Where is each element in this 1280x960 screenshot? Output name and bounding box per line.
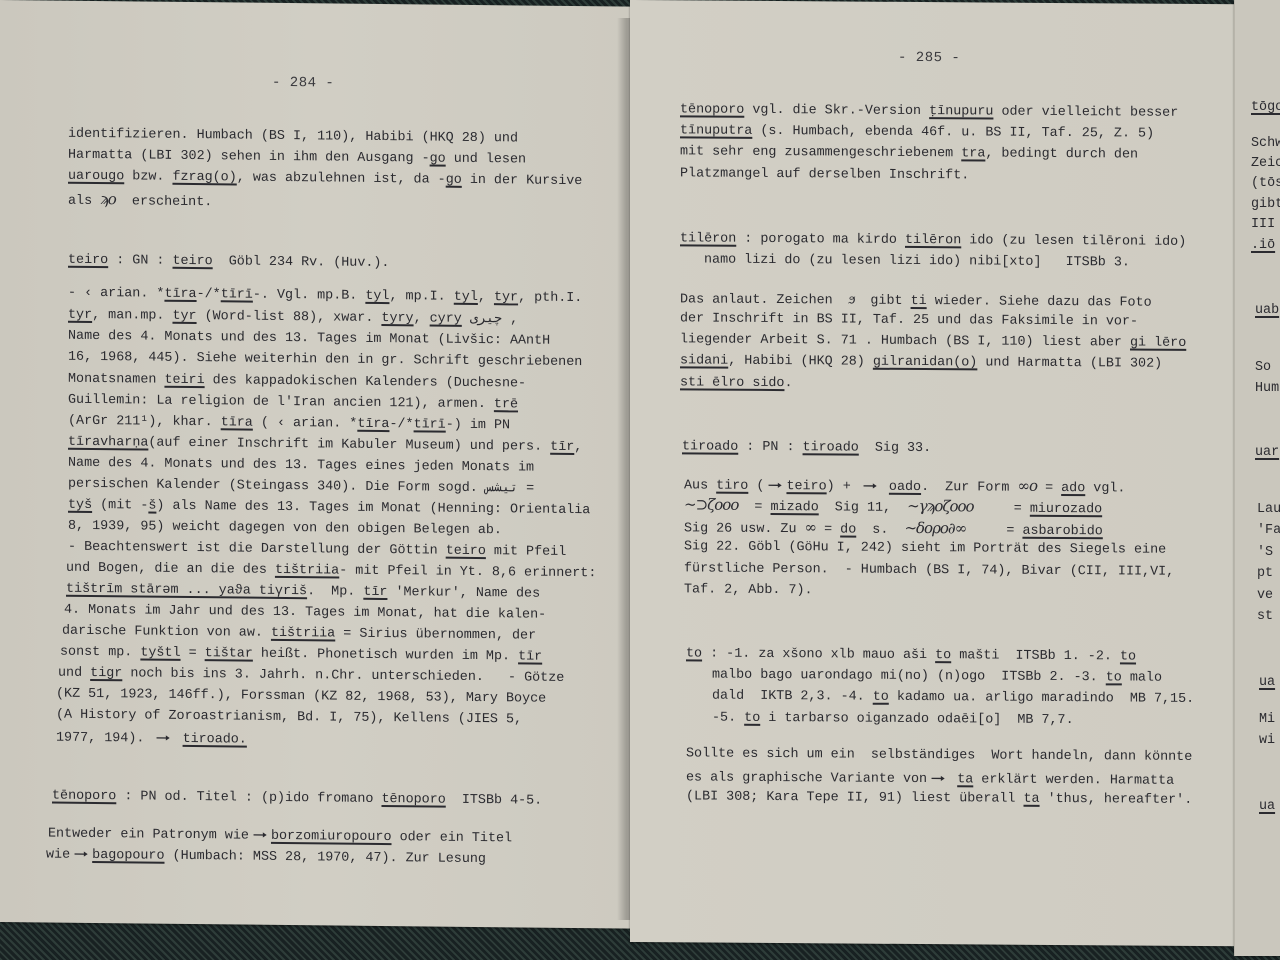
arrow-icon: ➞	[74, 844, 89, 864]
text-line: sti ēlro sido.	[680, 373, 793, 394]
edge-fragment: st	[1257, 607, 1273, 627]
entry-header: tēnoporo : PN od. Titel : (p)ido fromano…	[52, 787, 542, 812]
text-line: uarougo bzw. fzrag(o), was abzulehnen is…	[68, 167, 582, 192]
text-fragment: (Humbach: MSS 28, 1970, 47). Zur Lesung	[173, 849, 486, 867]
text-line: als ϡо erscheint.	[68, 189, 212, 214]
edge-fragment: pt	[1257, 564, 1273, 584]
text-line: Taf. 2, Abb. 7).	[684, 580, 813, 601]
headword: teiro	[68, 253, 108, 268]
script-glyph: ϧ	[849, 290, 855, 308]
arrow-icon: ➞	[768, 475, 783, 495]
text-line: dald IKTB 2,3. -4. to kadamo ua. arligo …	[712, 687, 1194, 710]
text-line: wie➞bagopouro (Humbach: MSS 28, 1970, 47…	[46, 843, 486, 870]
text-fragment: Das anlaut. Zeichen	[680, 292, 833, 308]
right-page: - 285 - tēnoporo vgl. die Skr.-Version ṭ…	[630, 0, 1242, 946]
form: teiro	[172, 254, 212, 269]
text-line: fürstliche Person. - Humbach (BS I, 74),…	[684, 559, 1174, 582]
edge-fragment: gibt	[1251, 195, 1280, 215]
text-line: (LBI 308; Kara Tepe II, 91) liest überal…	[686, 787, 1192, 811]
edge-fragment: III	[1251, 215, 1275, 235]
text-fragment: erscheint.	[132, 194, 212, 210]
arrow-icon: ➞	[156, 728, 171, 748]
headword: to	[686, 646, 702, 661]
arrow-icon: ➞	[862, 476, 877, 496]
edge-fragment: ve	[1257, 586, 1273, 606]
edge-fragment: tōgo	[1251, 98, 1280, 118]
reference: Sig 33.	[859, 441, 931, 457]
text-line: liegender Arbeit S. 71 . Humbach (BS I, …	[680, 330, 1186, 354]
edge-fragment: Hum	[1255, 379, 1279, 399]
script-glyph: ϡо	[100, 190, 116, 208]
text-line: Sollte es sich um ein selbständiges Wort…	[686, 744, 1192, 768]
text-fragment: wie	[46, 847, 70, 862]
text-line: Platzmangel auf derselben Inschrift.	[680, 164, 969, 186]
entry-header: tiroado : PN : tiroado Sig 33.	[682, 437, 931, 459]
text-line: namo lizi do (zu lesen lizi ido) nibi[xt…	[704, 251, 1130, 274]
text-line: - ‹ arian. *tīra-/*tīrī-. Vgl. mp.B. tyl…	[68, 284, 582, 309]
text-fragment: oder ein Titel	[400, 830, 513, 846]
text-fragment: 1977, 194).	[56, 731, 144, 747]
edge-fragment: .iō	[1251, 236, 1275, 256]
headword: tēnoporo	[52, 789, 116, 805]
text-line: sidani, Habibi (HKQ 28) gilranidan(o) un…	[680, 351, 1162, 374]
text-fragment: : GN :	[108, 253, 172, 269]
text-line: 16, 1968, 445). Siehe weiterhin den in g…	[68, 348, 582, 373]
entry-header: tilēron : porogato ma kirdo tilēron ido …	[680, 229, 1186, 253]
form: tiroado	[803, 440, 859, 455]
edge-fragment: 'S	[1257, 543, 1273, 563]
arrow-icon: ➞	[931, 768, 946, 788]
text-fragment: : PN :	[738, 440, 802, 455]
edge-fragment: (tōs	[1251, 174, 1280, 194]
text-line: -5. to i tarbarso oiganzado odaēi[o] MB …	[712, 709, 1074, 732]
edge-fragment: uar	[1255, 443, 1279, 463]
reference: ITSBb 4-5.	[446, 793, 542, 809]
headword: tiroado	[682, 439, 738, 454]
cross-reference-link[interactable]: bagopouro	[92, 848, 164, 864]
edge-fragment: So	[1255, 358, 1271, 378]
text-line: Sig 22. Göbl (GöHu I, 242) sieht im Port…	[684, 537, 1166, 560]
text-fragment: Entweder ein Patronym wie	[48, 827, 249, 844]
reference: Göbl 234 Rv. (Huv.).	[213, 254, 390, 271]
text-line: tīnuputra (s. Humbach, ebenda 46f. u. BS…	[680, 121, 1154, 144]
edge-fragment: uab	[1255, 301, 1279, 321]
edge-fragment: Lau	[1257, 500, 1280, 520]
cross-reference-link[interactable]: borzomiuropouro	[271, 829, 392, 845]
next-page-edge: tōgo Schw Zeic (tōs gibt III .iō uab So …	[1234, 0, 1280, 956]
edge-fragment: ua	[1259, 797, 1275, 817]
text-line: tēnoporo vgl. die Skr.-Version ṭīnupuru …	[680, 100, 1178, 123]
edge-fragment: Mi	[1259, 710, 1275, 730]
edge-fragment: Schw	[1251, 134, 1280, 154]
text-fragment: als	[68, 194, 92, 209]
form: tēnoporo	[381, 792, 445, 808]
cross-reference-link[interactable]: tiroado.	[183, 732, 247, 748]
cross-reference-link[interactable]: teiro	[786, 479, 826, 494]
left-page: - 284 - identifizieren. Humbach (BS I, 1…	[0, 0, 640, 929]
edge-fragment: Zeic	[1251, 154, 1280, 174]
text-line: der Inschrift in BS II, Taf. 25 und das …	[680, 309, 1138, 332]
entry-header: to : -1. za xšono xlb mauo aši to mašti …	[686, 644, 1136, 667]
text-line: mit sehr eng zusammengeschriebenem tra, …	[680, 142, 1138, 165]
page-number: - 285 -	[898, 50, 960, 66]
edge-fragment: 'Fa	[1257, 521, 1280, 541]
text-line: malbo bago uarondago mi(no) (n)ogo ITSBb…	[712, 666, 1162, 689]
headword: tilēron	[680, 231, 736, 246]
edge-fragment: wi	[1259, 731, 1275, 751]
edge-fragment: ua	[1259, 673, 1275, 693]
cross-reference-link[interactable]: ta	[957, 772, 973, 787]
entry-header: teiro : GN : teiro Göbl 234 Rv. (Huv.).	[68, 251, 389, 274]
arrow-icon: ➞	[252, 825, 267, 845]
page-number: - 284 -	[272, 75, 334, 92]
text-line: 1977, 194). ➞ tiroado.	[56, 727, 247, 751]
text-fragment: : PN od. Titel : (p)ido fromano	[116, 789, 381, 807]
cross-reference-link[interactable]: oado	[889, 480, 921, 495]
